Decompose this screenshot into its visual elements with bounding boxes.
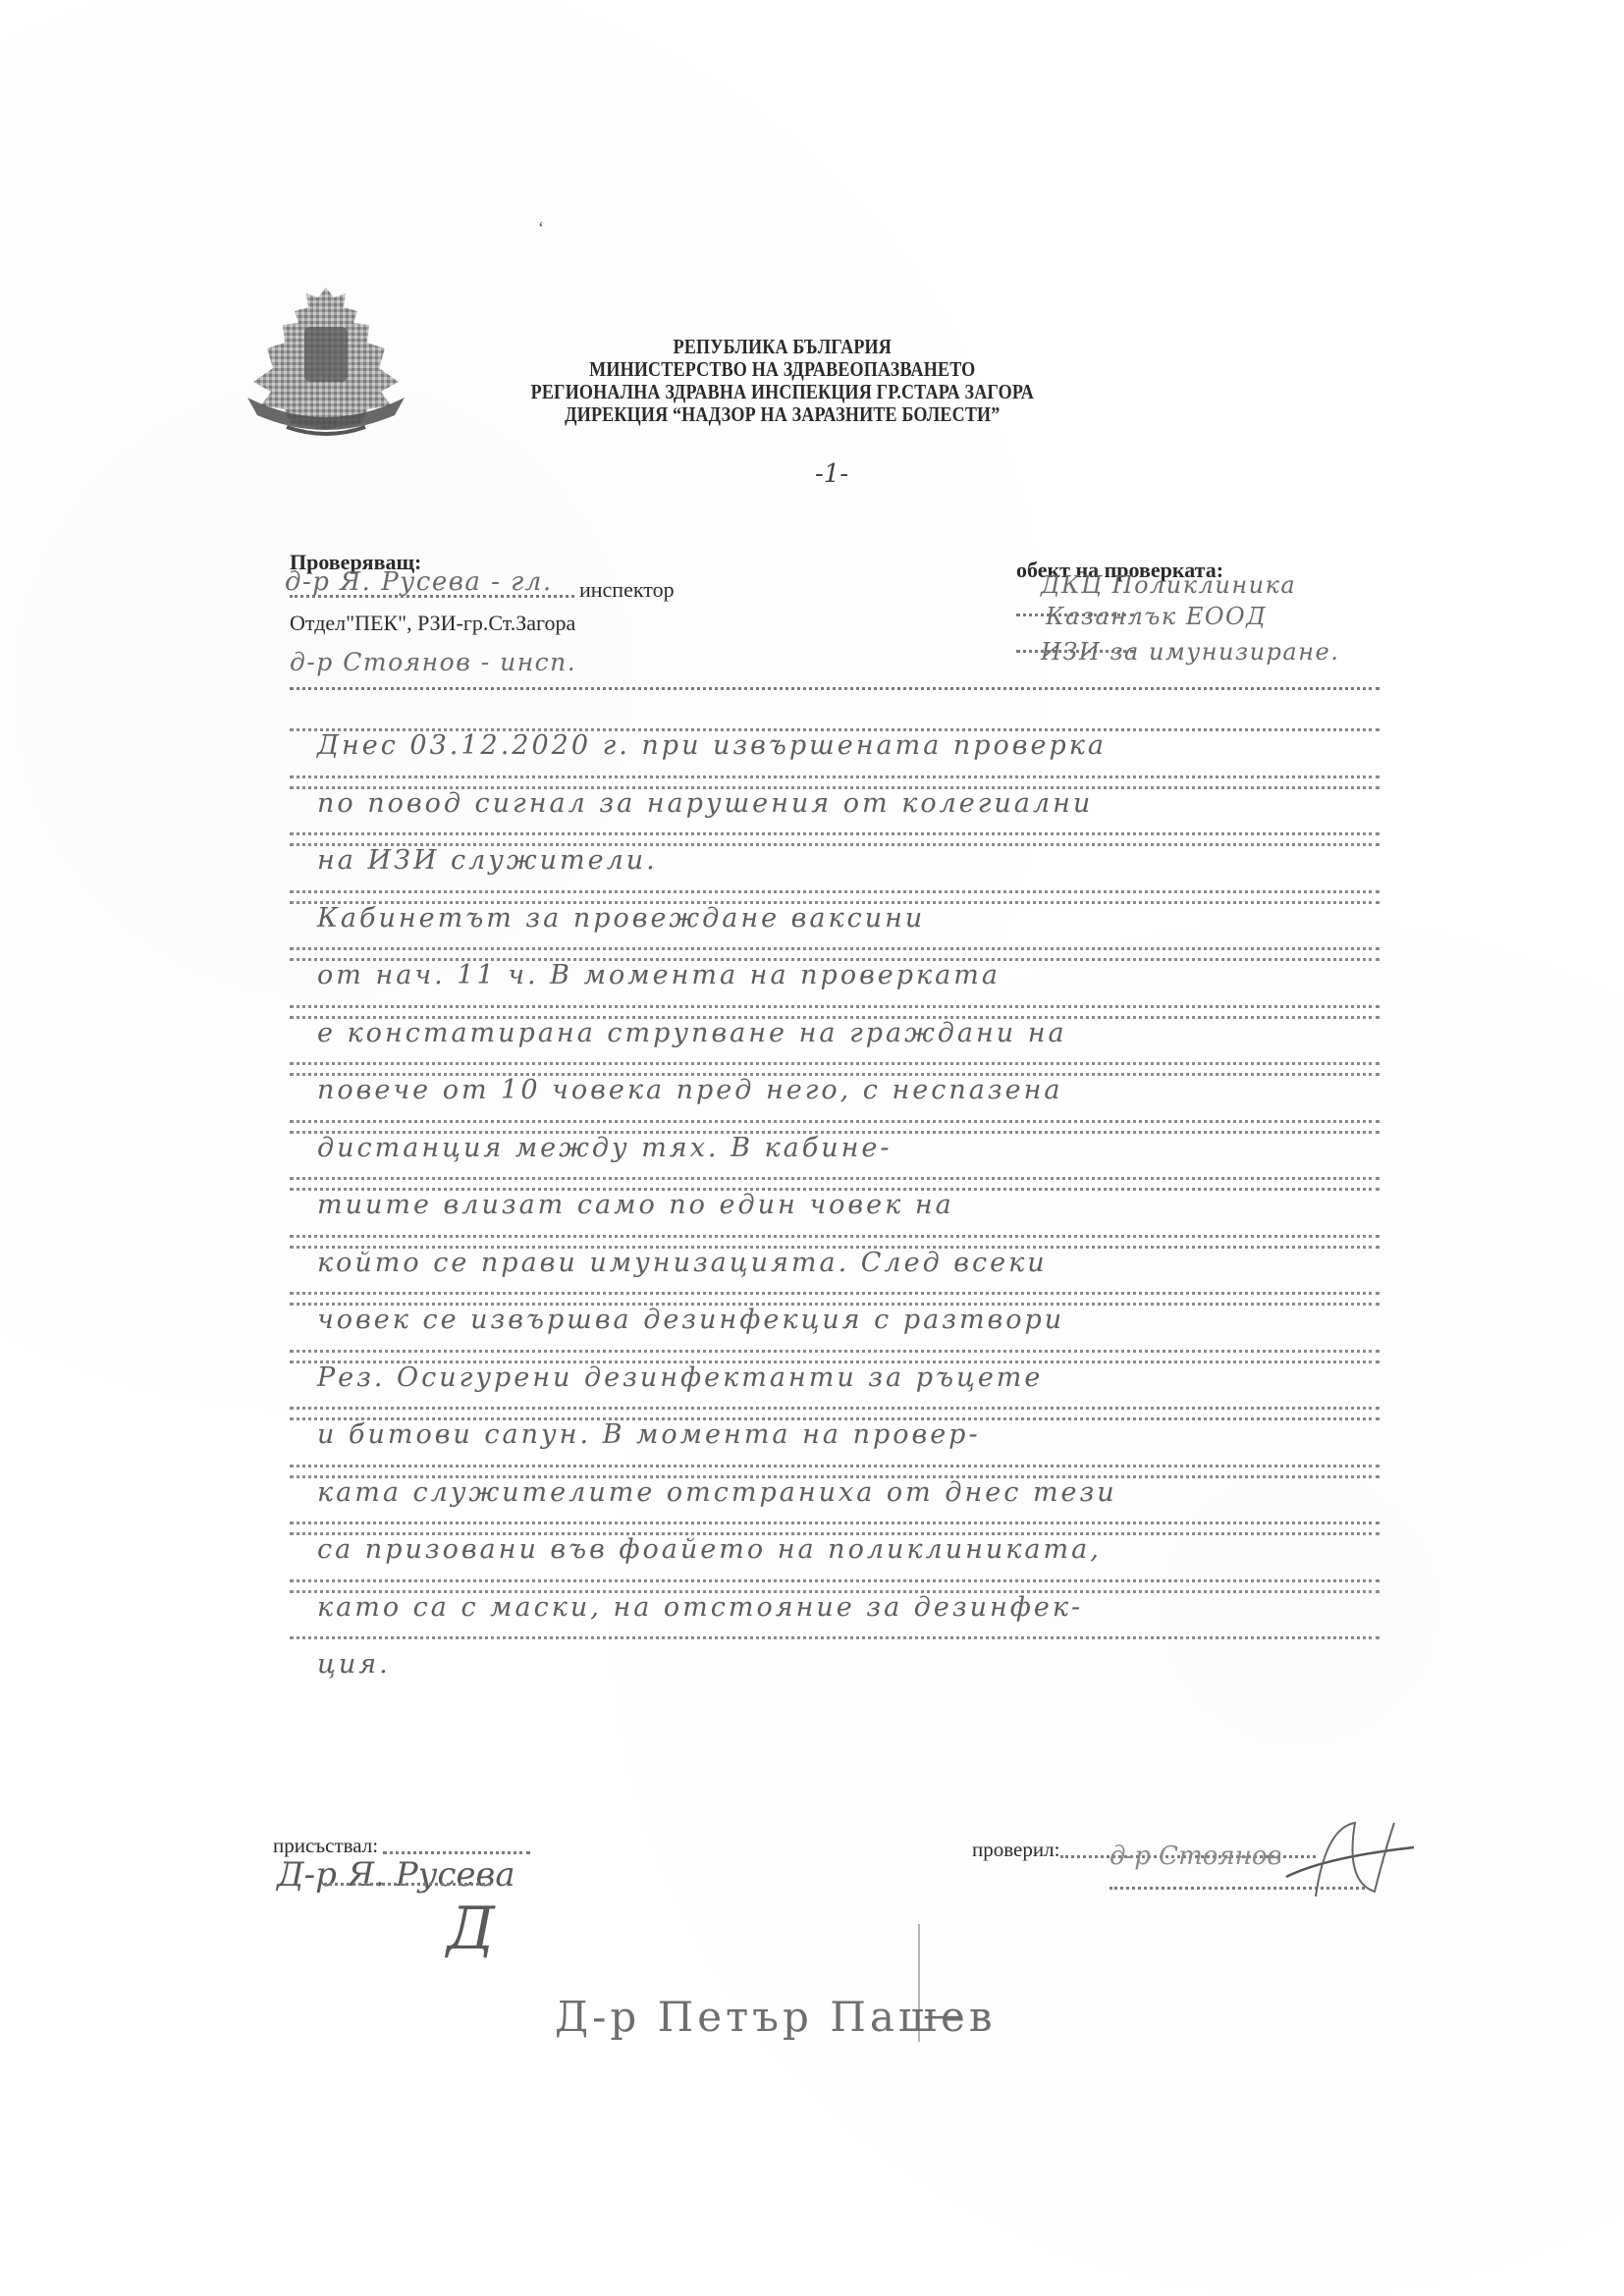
present-dotted-line xyxy=(383,1851,530,1854)
body-line: е констатирана струпване на граждани на xyxy=(290,1012,1380,1070)
object-line-2: Казанлък ЕООД xyxy=(1046,603,1267,630)
body-line: от нач. 11 ч. В момента на проверката xyxy=(290,954,1380,1012)
scan-speck: ʻ xyxy=(538,218,544,239)
checked-signature-flourish xyxy=(1276,1818,1424,1906)
body-line: Кабинетът за провеждане ваксини xyxy=(290,897,1380,955)
present-dotted-line-2 xyxy=(324,1883,491,1886)
body-line: повече от 10 човека пред него, с неспазе… xyxy=(290,1069,1380,1127)
body-line: тиите влизат само по един човек на xyxy=(290,1184,1380,1242)
body-line: човек се извършва дезинфекция с разтвори xyxy=(290,1299,1380,1357)
body-line: и битови сапун. В момента на провер- xyxy=(290,1414,1380,1471)
body-line: Днес 03.12.2020 г. при извършената прове… xyxy=(290,724,1380,782)
body-line: ция. xyxy=(290,1643,1380,1686)
bottom-signature-mark: — xyxy=(923,1993,962,2038)
header-line-republic: РЕПУБЛИКА БЪЛГАРИЯ xyxy=(461,336,1104,358)
header-line-directorate: ДИРЕКЦИЯ “НАДЗОР НА ЗАРАЗНИТЕ БОЛЕСТИ” xyxy=(461,403,1104,426)
body-line: по повод сигнал за нарушения от колегиал… xyxy=(290,782,1380,840)
inspector-department: Отдел"ПЕК", РЗИ-гр.Ст.Загора xyxy=(290,611,575,636)
page-number: -1- xyxy=(815,459,848,489)
body-line: дистанция между тях. В кабине- xyxy=(290,1127,1380,1185)
inspector-second-handwritten: д-р Стоянов - инсп. xyxy=(290,648,576,676)
body-top-dotted-line xyxy=(290,687,1380,690)
inspector-role: инспектор xyxy=(579,577,675,603)
body-line: на ИЗИ служители. xyxy=(290,839,1380,897)
present-initial-mark: Д xyxy=(447,1895,495,1963)
inspector-handwritten-name: д-р Я. Русева - гл. xyxy=(285,567,553,597)
body-line: който се прави имунизацията. След всеки xyxy=(290,1242,1380,1300)
checked-signature: д-р Стоянов xyxy=(1110,1842,1282,1871)
document-header: РЕПУБЛИКА БЪЛГАРИЯ МИНИСТЕРСТВО НА ЗДРАВ… xyxy=(461,336,1104,426)
body-line: като са с маски, на отстояние за дезинфе… xyxy=(290,1586,1380,1644)
report-body: Днес 03.12.2020 г. при извършената прове… xyxy=(290,724,1380,1686)
header-line-ministry: МИНИСТЕРСТВО НА ЗДРАВЕОПАЗВАНЕТО xyxy=(461,358,1104,381)
header-line-inspection: РЕГИОНАЛНА ЗДРАВНА ИНСПЕКЦИЯ ГР.СТАРА ЗА… xyxy=(461,381,1104,403)
checked-label: проверил: xyxy=(972,1838,1059,1862)
object-line-1: ДКЦ Поликлиника xyxy=(1041,571,1296,599)
bulgarian-coat-of-arms-icon xyxy=(228,280,424,447)
body-line: ката служителите отстраниха от днес тези xyxy=(290,1471,1380,1529)
body-line: са призовани във фоайето на поликлиникат… xyxy=(290,1528,1380,1586)
present-signature: Д-р Я. Русева xyxy=(277,1855,515,1895)
body-line: Рез. Осигурени дезинфектанти за ръцете xyxy=(290,1357,1380,1415)
object-line-3: ИЗИ за имунизиране. xyxy=(1041,638,1339,666)
inspector-dotted-line xyxy=(290,595,574,598)
